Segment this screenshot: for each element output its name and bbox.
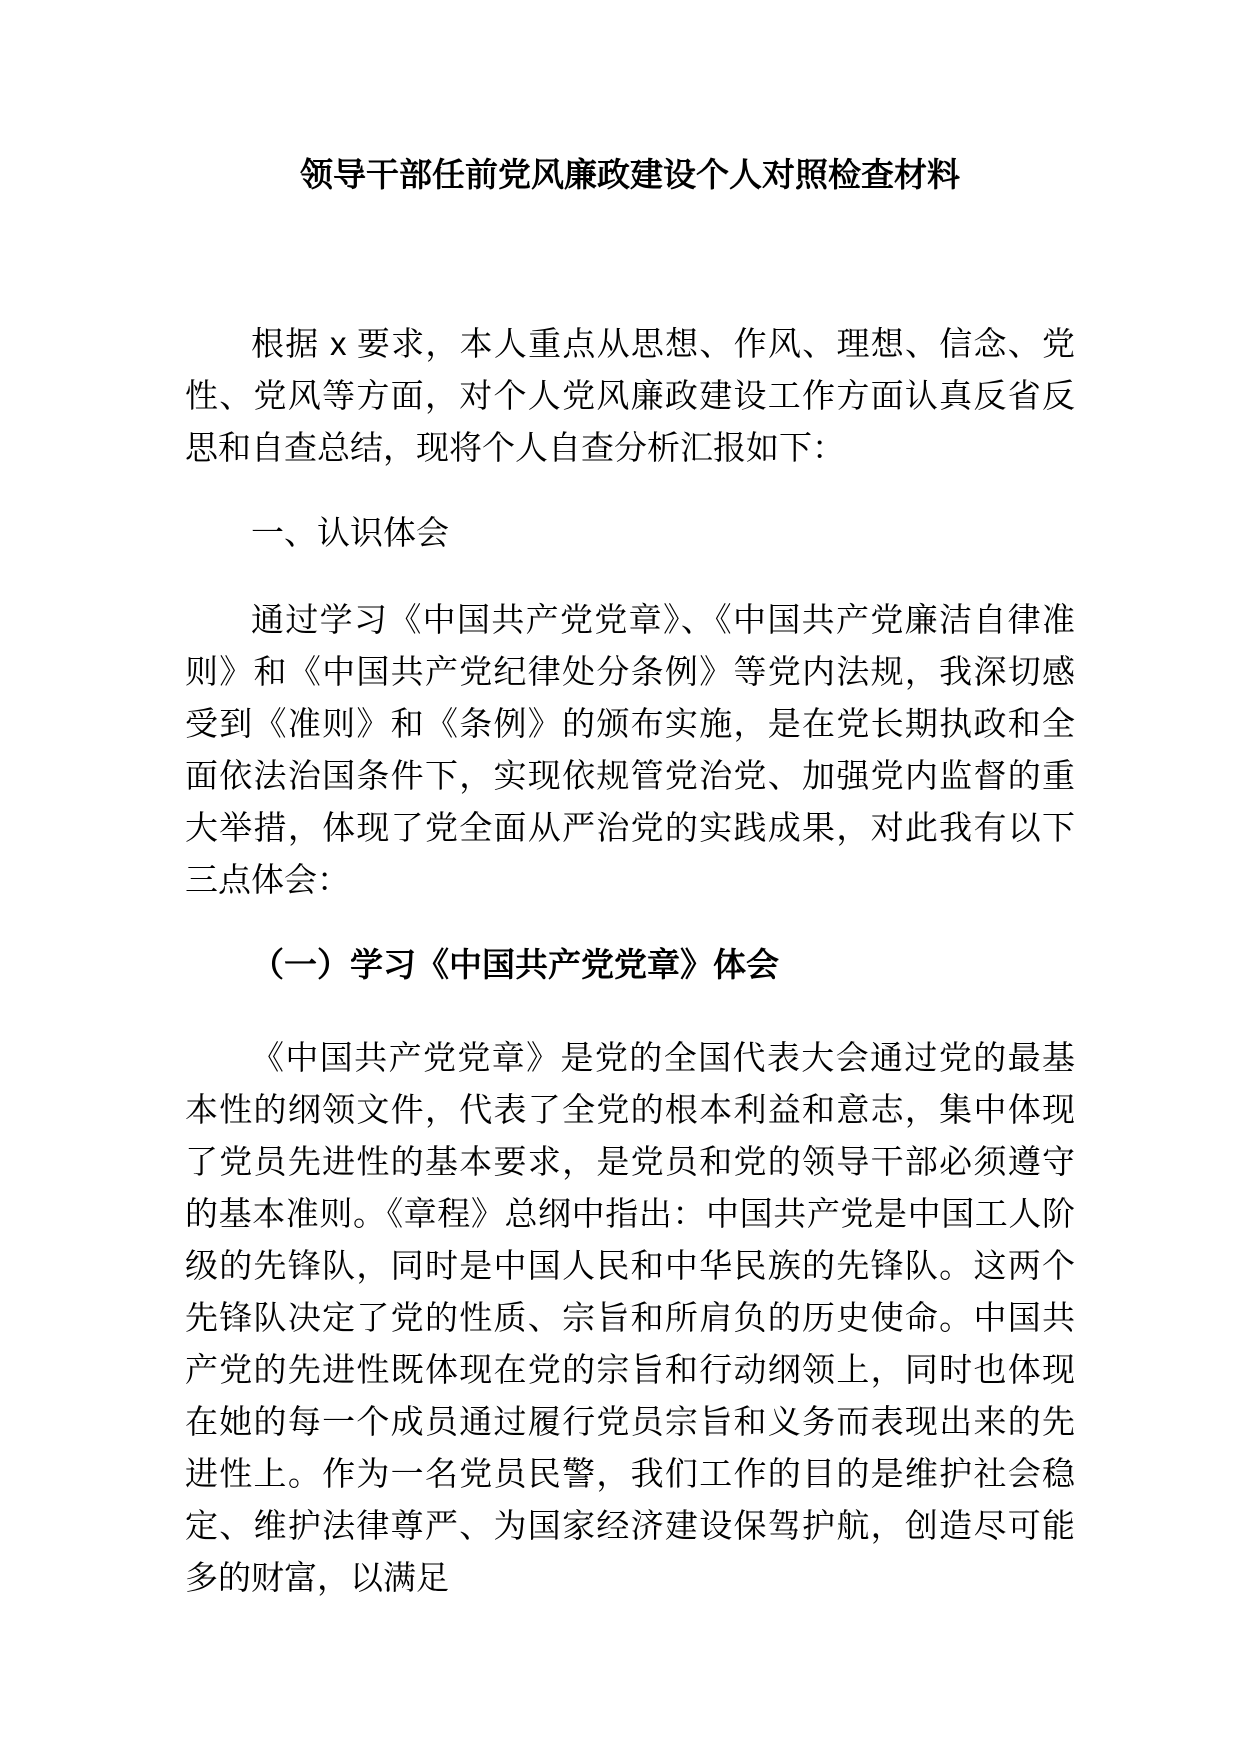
section-heading-1: 一、认识体会 xyxy=(185,507,1075,559)
document-page: 领导干部任前党风廉政建设个人对照检查材料 根据 x 要求，本人重点从思想、作风、… xyxy=(0,0,1241,1755)
paragraph-intro: 根据 x 要求，本人重点从思想、作风、理想、信念、党性、党风等方面，对个人党风廉… xyxy=(185,318,1075,474)
sub-heading-1-1: （一）学习《中国共产党党章》体会 xyxy=(185,939,1075,991)
paragraph-study-regulations: 通过学习《中国共产党党章》、《中国共产党廉洁自律准则》和《中国共产党纪律处分条例… xyxy=(185,594,1075,906)
paragraph-party-constitution: 《中国共产党党章》是党的全国代表大会通过党的最基本性的纲领文件，代表了全党的根本… xyxy=(185,1032,1075,1604)
document-title: 领导干部任前党风廉政建设个人对照检查材料 xyxy=(185,149,1075,201)
